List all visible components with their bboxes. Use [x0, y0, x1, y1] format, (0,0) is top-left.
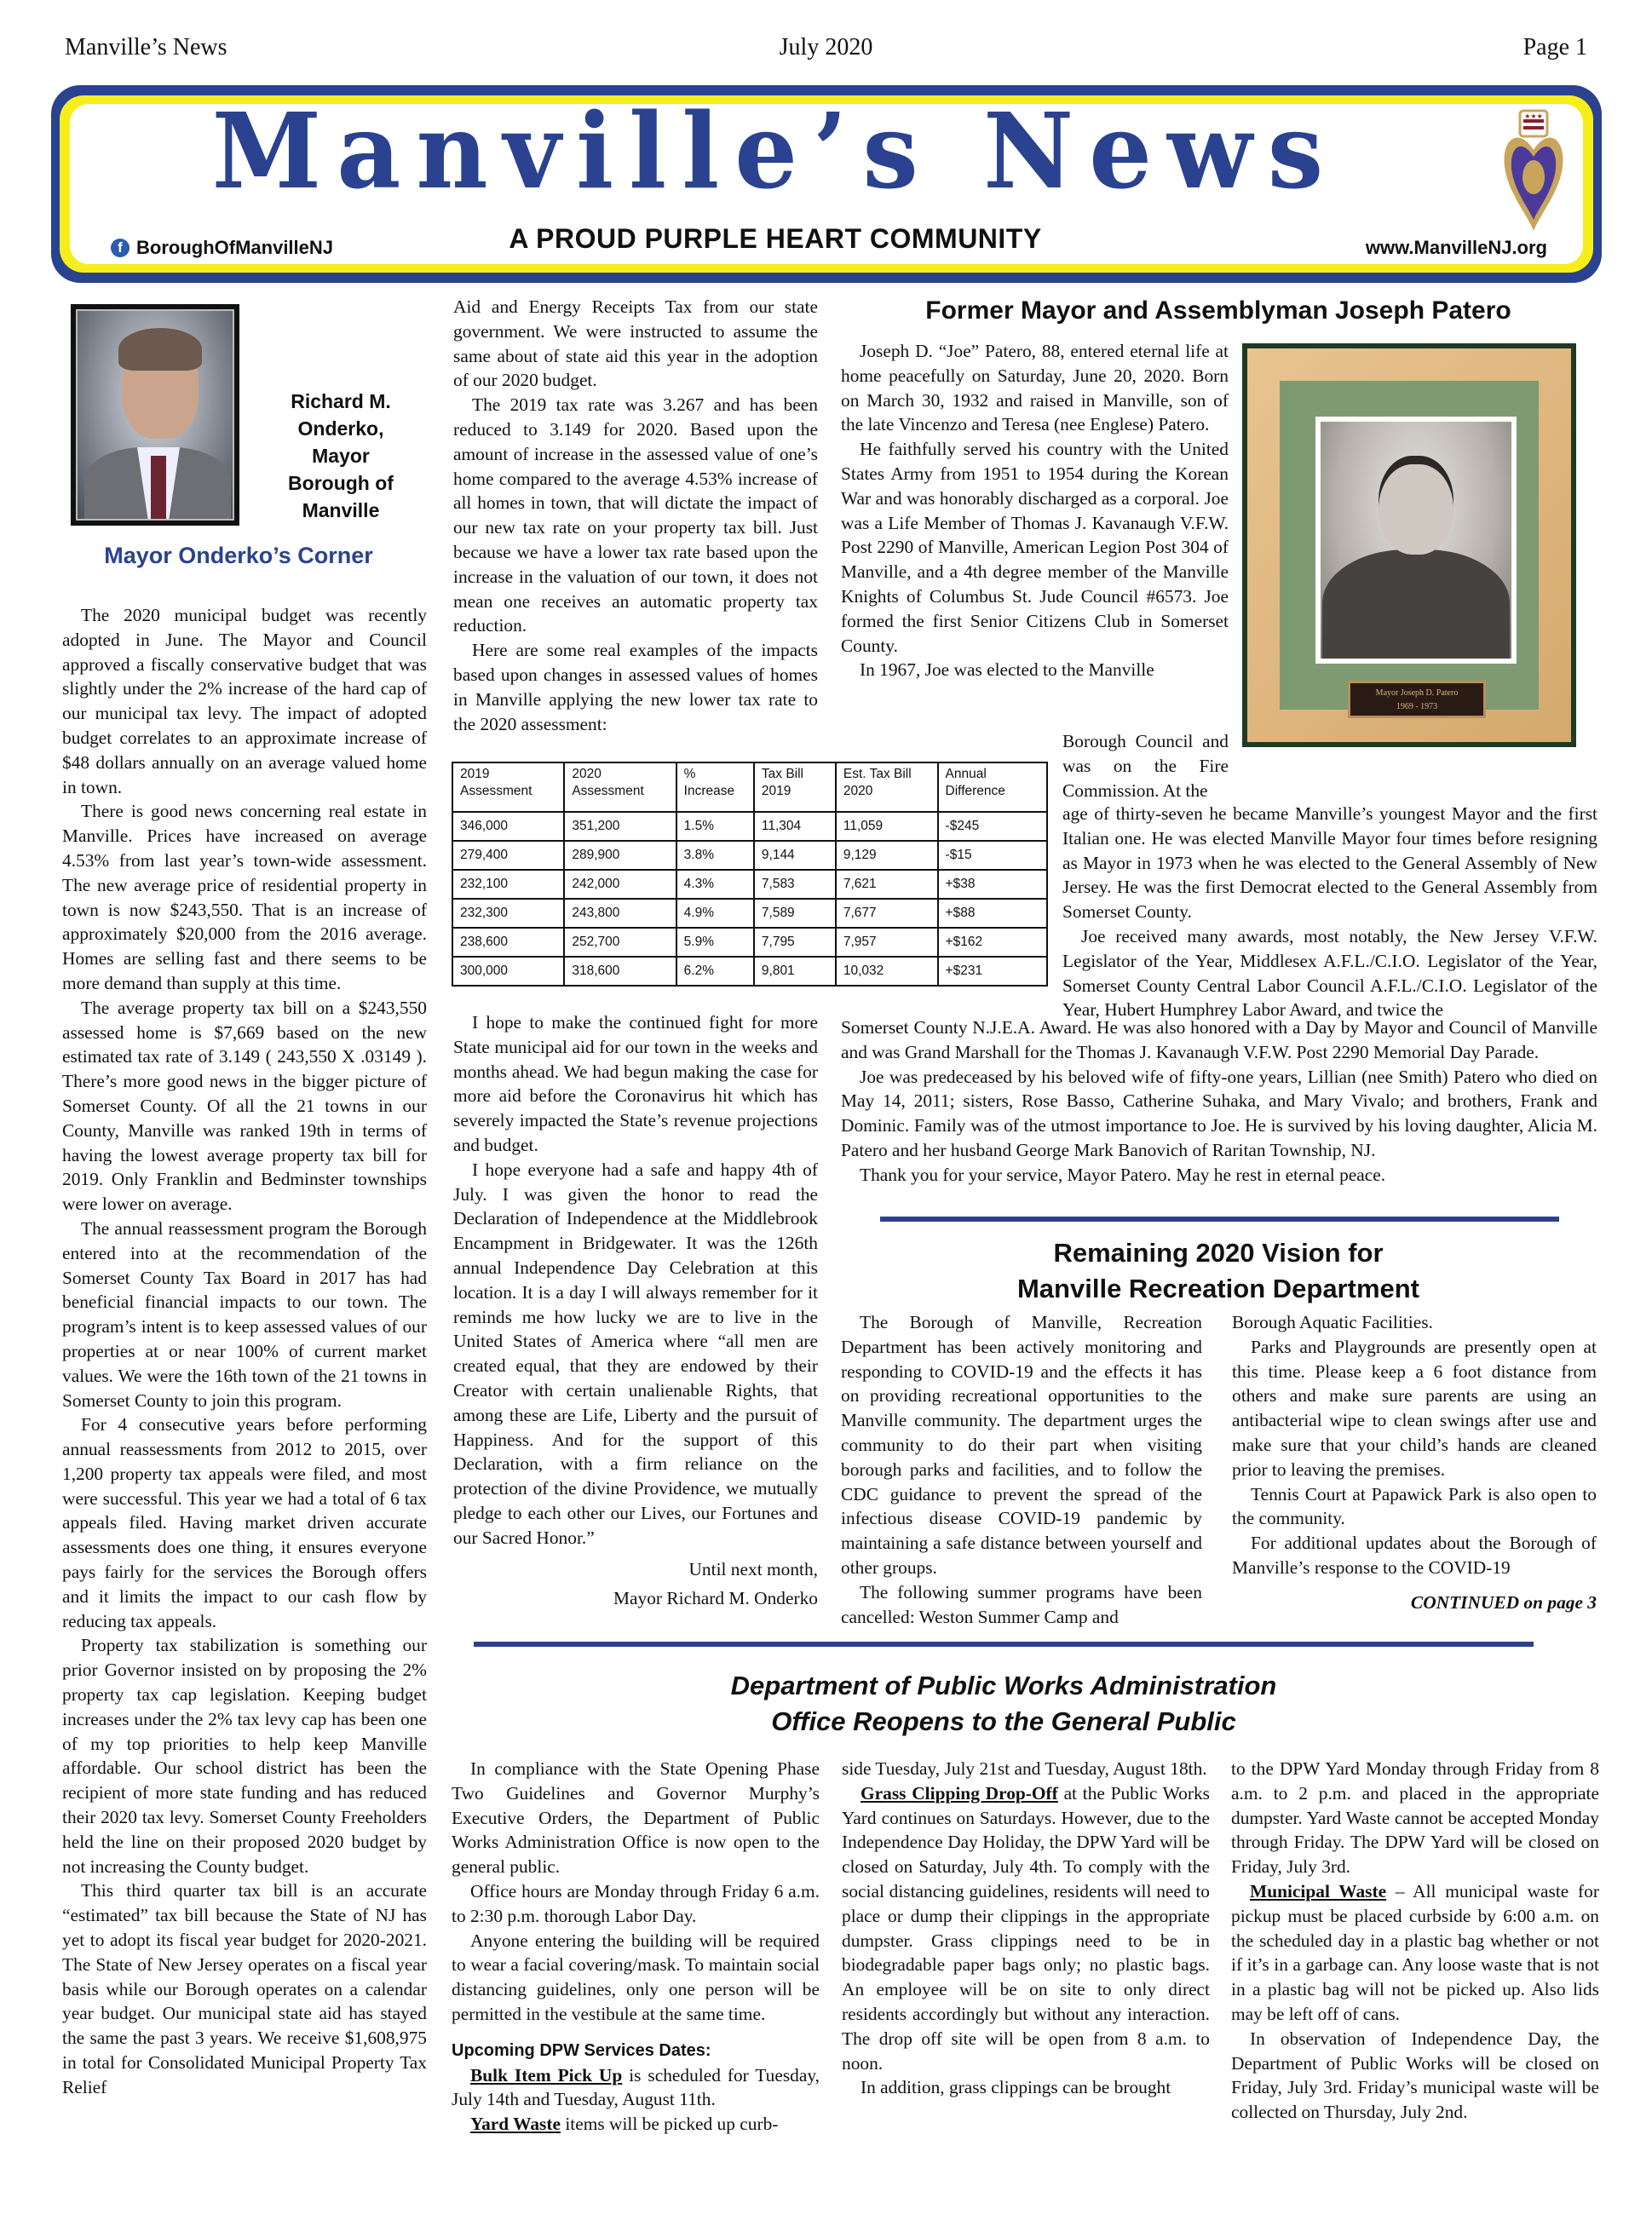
mayor-corner-heading: Mayor Onderko’s Corner [34, 543, 443, 569]
running-header-page: Page 1 [1523, 34, 1587, 61]
patero-portrait-photo: Mayor Joseph D. Patero 1969 - 1973 [1242, 343, 1576, 747]
recreation-column-1: The Borough of Manville, Recreation Depa… [841, 1310, 1202, 1629]
paragraph: age of thirty-seven he became Manville’s… [1062, 802, 1597, 924]
mayor-onderko-photo [71, 304, 239, 526]
paragraph: Somerset County N.J.E.A. Award. He was a… [841, 1015, 1597, 1065]
paragraph: The Borough of Manville, Recreation Depa… [841, 1310, 1202, 1580]
mayor-caption: Richard M. Onderko, Mayor Borough of Man… [256, 388, 426, 524]
paragraph: Property tax stabilization is something … [62, 1633, 427, 1878]
table-cell: 289,900 [564, 841, 676, 870]
table-cell: 243,800 [564, 899, 676, 928]
dpw-column-1: In compliance with the State Opening Pha… [452, 1757, 820, 2137]
table-cell: +$88 [938, 899, 1047, 928]
bulk-item-label: Bulk Item Pick Up [470, 2065, 622, 2086]
table-cell: 232,300 [452, 899, 564, 928]
dpw-article-title: Department of Public Works Administratio… [474, 1668, 1534, 1740]
table-row: 300,000 318,600 6.2% 9,801 10,032 +$231 [452, 957, 1047, 986]
photo-plaque: Mayor Joseph D. Patero 1969 - 1973 [1348, 681, 1486, 718]
facebook-icon: f [111, 239, 130, 257]
patero-wide-column: age of thirty-seven he became Manville’s… [1062, 802, 1597, 1022]
table-cell: 4.3% [676, 870, 754, 899]
table-cell: 7,795 [754, 928, 836, 957]
municipal-waste-label: Municipal Waste [1250, 1881, 1386, 1901]
paragraph: In observation of Independence Day, the … [1231, 2027, 1599, 2125]
table-row: 238,600 252,700 5.9% 7,795 7,957 +$162 [452, 928, 1047, 957]
mayor-column-2-bottom: I hope to make the continued fight for m… [453, 1010, 818, 1611]
table-cell: 1.5% [676, 812, 754, 841]
paragraph: He faithfully served his country with th… [841, 437, 1229, 658]
recreation-column-2: Borough Aquatic Facilities. Parks and Pl… [1232, 1310, 1597, 1615]
tax-examples-table: 2019 Assessment 2020 Assessment % Increa… [452, 762, 1048, 987]
table-header: % Increase [676, 762, 754, 812]
website-link[interactable]: www.ManvilleNJ.org [1366, 237, 1547, 259]
table-cell: 10,032 [836, 957, 938, 986]
paragraph: to the DPW Yard Monday through Friday fr… [1231, 1757, 1599, 1879]
yard-waste-label: Yard Waste [470, 2114, 561, 2134]
services-heading: Upcoming DPW Services Dates: [452, 2039, 820, 2063]
table-cell: +$38 [938, 870, 1047, 899]
paragraph: The annual reassessment program the Boro… [62, 1217, 427, 1412]
svg-text:★★★: ★★★ [1524, 112, 1543, 120]
table-cell: 7,589 [754, 899, 836, 928]
paragraph: Grass Clipping Drop-Off at the Public Wo… [842, 1781, 1210, 2076]
table-header: Est. Tax Bill 2020 [836, 762, 938, 812]
continued-link[interactable]: CONTINUED on page 3 [1232, 1591, 1597, 1615]
patero-wrap-text: Borough Council and was on the Fire Comm… [1062, 729, 1229, 803]
paragraph: side Tuesday, July 21st and Tuesday, Aug… [842, 1757, 1210, 1781]
table-cell: 252,700 [564, 928, 676, 957]
section-divider [880, 1217, 1559, 1222]
table-header: 2020 Assessment [564, 762, 676, 812]
paragraph: This third quarter tax bill is an accura… [62, 1878, 427, 2099]
table-header: Annual Difference [938, 762, 1047, 812]
dpw-column-3: to the DPW Yard Monday through Friday fr… [1231, 1757, 1599, 2125]
paragraph: Aid and Energy Receipts Tax from our sta… [453, 295, 818, 393]
table-cell: 232,100 [452, 870, 564, 899]
table-cell: 346,000 [452, 812, 564, 841]
paragraph: The following summer programs have been … [841, 1580, 1202, 1630]
paragraph: Tennis Court at Papawick Park is also op… [1232, 1482, 1597, 1532]
paragraph: Parks and Playgrounds are presently open… [1232, 1335, 1597, 1482]
paragraph: There is good news concerning real estat… [62, 799, 427, 995]
paragraph: Municipal Waste – All municipal waste fo… [1231, 1879, 1599, 2027]
mayor-column-1: The 2020 municipal budget was recently a… [62, 603, 427, 2100]
paragraph: Joseph D. “Joe” Patero, 88, entered eter… [841, 339, 1229, 437]
paragraph: Yard Waste items will be picked up curb- [452, 2112, 820, 2137]
table-cell: 9,129 [836, 841, 938, 870]
section-divider [474, 1642, 1534, 1647]
table-cell: 5.9% [676, 928, 754, 957]
running-header-date: July 2020 [0, 34, 1652, 61]
paragraph: In addition, grass clippings can be brou… [842, 2075, 1210, 2100]
paragraph: In 1967, Joe was elected to the Manville [841, 658, 1229, 682]
paragraph: I hope to make the continued fight for m… [453, 1010, 818, 1158]
facebook-link[interactable]: f BoroughOfManvilleNJ [111, 237, 333, 259]
masthead: Manville’s News A PROUD PURPLE HEART COM… [51, 85, 1602, 283]
paragraph: In compliance with the State Opening Pha… [452, 1757, 820, 1879]
mayor-column-2-top: Aid and Energy Receipts Tax from our sta… [453, 295, 818, 736]
table-row: 279,400 289,900 3.8% 9,144 9,129 -$15 [452, 841, 1047, 870]
table-cell: 11,059 [836, 812, 938, 841]
table-row: 232,100 242,000 4.3% 7,583 7,621 +$38 [452, 870, 1047, 899]
table-cell: 279,400 [452, 841, 564, 870]
purple-heart-medal-icon: ★★★ [1501, 107, 1566, 235]
facebook-handle: BoroughOfManvilleNJ [136, 237, 333, 259]
table-cell: 242,000 [564, 870, 676, 899]
paragraph: I hope everyone had a safe and happy 4th… [453, 1158, 818, 1550]
newspaper-title: Manville’s News [51, 100, 1499, 204]
table-row: 346,000 351,200 1.5% 11,304 11,059 -$245 [452, 812, 1047, 841]
signoff: Until next month, [453, 1557, 818, 1582]
table-row: 232,300 243,800 4.9% 7,589 7,677 +$88 [452, 899, 1047, 928]
paragraph: Bulk Item Pick Up is scheduled for Tuesd… [452, 2063, 820, 2113]
paragraph: Office hours are Monday through Friday 6… [452, 1879, 820, 1929]
table-cell: 11,304 [754, 812, 836, 841]
paragraph: Here are some real examples of the impac… [453, 638, 818, 736]
table-cell: 318,600 [564, 957, 676, 986]
table-cell: 351,200 [564, 812, 676, 841]
table-header: 2019 Assessment [452, 762, 564, 812]
table-cell: -$15 [938, 841, 1047, 870]
recreation-article-title: Remaining 2020 Vision for Manville Recre… [843, 1235, 1593, 1307]
table-cell: -$245 [938, 812, 1047, 841]
table-header-row: 2019 Assessment 2020 Assessment % Increa… [452, 762, 1047, 812]
signature: Mayor Richard M. Onderko [453, 1586, 818, 1611]
grass-clipping-label: Grass Clipping Drop-Off [861, 1783, 1058, 1804]
table-cell: 7,957 [836, 928, 938, 957]
paragraph: The average property tax bill on a $243,… [62, 996, 427, 1217]
table-cell: 7,677 [836, 899, 938, 928]
table-cell: 238,600 [452, 928, 564, 957]
table-cell: 7,583 [754, 870, 836, 899]
paragraph: The 2020 municipal budget was recently a… [62, 603, 427, 799]
table-cell: 6.2% [676, 957, 754, 986]
paragraph: Joe was predeceased by his beloved wife … [841, 1065, 1597, 1163]
table-cell: 7,621 [836, 870, 938, 899]
patero-narrow-column: Joseph D. “Joe” Patero, 88, entered eter… [841, 339, 1229, 682]
dpw-column-2: side Tuesday, July 21st and Tuesday, Aug… [842, 1757, 1210, 2100]
paragraph: The 2019 tax rate was 3.267 and has been… [453, 393, 818, 638]
paragraph: For additional updates about the Borough… [1232, 1531, 1597, 1580]
patero-article-title: Former Mayor and Assemblyman Joseph Pate… [843, 296, 1593, 325]
table-header: Tax Bill 2019 [754, 762, 836, 812]
table-cell: 9,801 [754, 957, 836, 986]
paragraph: Borough Aquatic Facilities. [1232, 1310, 1597, 1335]
table-cell: 3.8% [676, 841, 754, 870]
table-cell: +$231 [938, 957, 1047, 986]
table-cell: 300,000 [452, 957, 564, 986]
paragraph: Anyone entering the building will be req… [452, 1929, 820, 2027]
table-cell: 9,144 [754, 841, 836, 870]
paragraph: Joe received many awards, most notably, … [1062, 924, 1597, 1022]
table-cell: +$162 [938, 928, 1047, 957]
paragraph: For 4 consecutive years before performin… [62, 1412, 427, 1633]
table-cell: 4.9% [676, 899, 754, 928]
patero-full-column: Somerset County N.J.E.A. Award. He was a… [841, 1015, 1597, 1188]
paragraph: Thank you for your service, Mayor Patero… [841, 1163, 1597, 1188]
